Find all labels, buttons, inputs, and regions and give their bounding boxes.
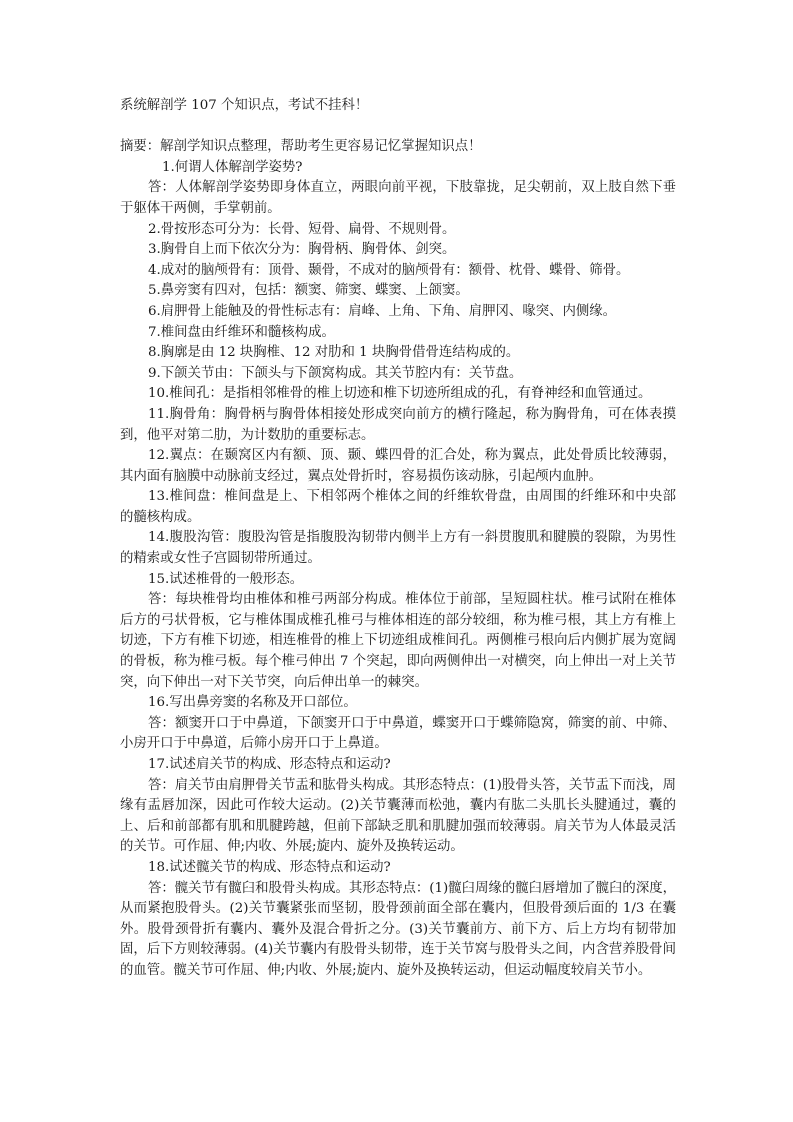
question-16: 16.写出鼻旁窦的名称及开口部位。 [120, 693, 676, 714]
question-1: 1.何谓人体解剖学姿势? [120, 158, 676, 179]
answer-1: 答：人体解剖学姿势即身体直立，两眼向前平视，下肢靠拢，足尖朝前，双上肢自然下垂于… [120, 178, 676, 219]
question-17: 17.试述肩关节的构成、形态特点和运动? [120, 755, 676, 776]
point-9: 9.下颌关节由：下颌头与下颌窝构成。其关节腔内有：关节盘。 [120, 364, 676, 385]
point-13: 13.椎间盘：椎间盘是上、下相邻两个椎体之间的纤维软骨盘，由周围的纤维环和中央部… [120, 487, 676, 528]
document-page: 系统解剖学 107 个知识点，考试不挂科！ 摘要：解剖学知识点整理，帮助考生更容… [120, 96, 676, 982]
answer-17: 答：肩关节由肩胛骨关节盂和肱骨头构成。其形态特点：(1)股骨头答，关节盂下而浅，… [120, 776, 676, 858]
point-5: 5.鼻旁窦有四对，包括：额窦、筛窦、蝶窦、上颌窦。 [120, 281, 676, 302]
point-10: 10.椎间孔：是指相邻椎骨的椎上切迹和椎下切迹所组成的孔，有脊神经和血管通过。 [120, 384, 676, 405]
document-abstract: 摘要：解剖学知识点整理，帮助考生更容易记忆掌握知识点！ [120, 137, 676, 158]
point-12: 12.翼点：在颞窝区内有额、顶、颞、蝶四骨的汇合处，称为翼点，此处骨质比较薄弱，… [120, 446, 676, 487]
point-14: 14.腹股沟管：腹股沟管是指腹股沟韧带内侧半上方有一斜贯腹肌和腱膜的裂隙，为男性… [120, 528, 676, 569]
point-4: 4.成对的脑颅骨有：顶骨、颞骨，不成对的脑颅骨有：额骨、枕骨、蝶骨、筛骨。 [120, 261, 676, 282]
point-11: 11.胸骨角：胸骨柄与胸骨体相接处形成突向前方的横行隆起，称为胸骨角，可在体表摸… [120, 405, 676, 446]
question-18: 18.试述髋关节的构成、形态特点和运动? [120, 858, 676, 879]
point-2: 2.骨按形态可分为：长骨、短骨、扁骨、不规则骨。 [120, 220, 676, 241]
point-6: 6.肩胛骨上能触及的骨性标志有：肩峰、上角、下角、肩胛冈、喙突、内侧缘。 [120, 302, 676, 323]
answer-15: 答：每块椎骨均由椎体和椎弓两部分构成。椎体位于前部，呈短圆柱状。椎弓试附在椎体后… [120, 590, 676, 693]
document-title: 系统解剖学 107 个知识点，考试不挂科！ [120, 96, 676, 117]
answer-16: 答：额窦开口于中鼻道，下颌窦开口于中鼻道，蝶窦开口于蝶筛隐窝，筛窦的前、中筛、小… [120, 714, 676, 755]
answer-18: 答：髋关节有髋臼和股骨头构成。其形态特点：(1)髋臼周缘的髋臼唇增加了髋臼的深度… [120, 879, 676, 982]
blank-line [120, 117, 676, 138]
question-15: 15.试述椎骨的一般形态。 [120, 570, 676, 591]
point-7: 7.椎间盘由纤维环和髓核构成。 [120, 323, 676, 344]
point-3: 3.胸骨自上而下依次分为：胸骨柄、胸骨体、剑突。 [120, 240, 676, 261]
point-8: 8.胸廓是由 12 块胸椎、12 对肋和 1 块胸骨借骨连结构成的。 [120, 343, 676, 364]
